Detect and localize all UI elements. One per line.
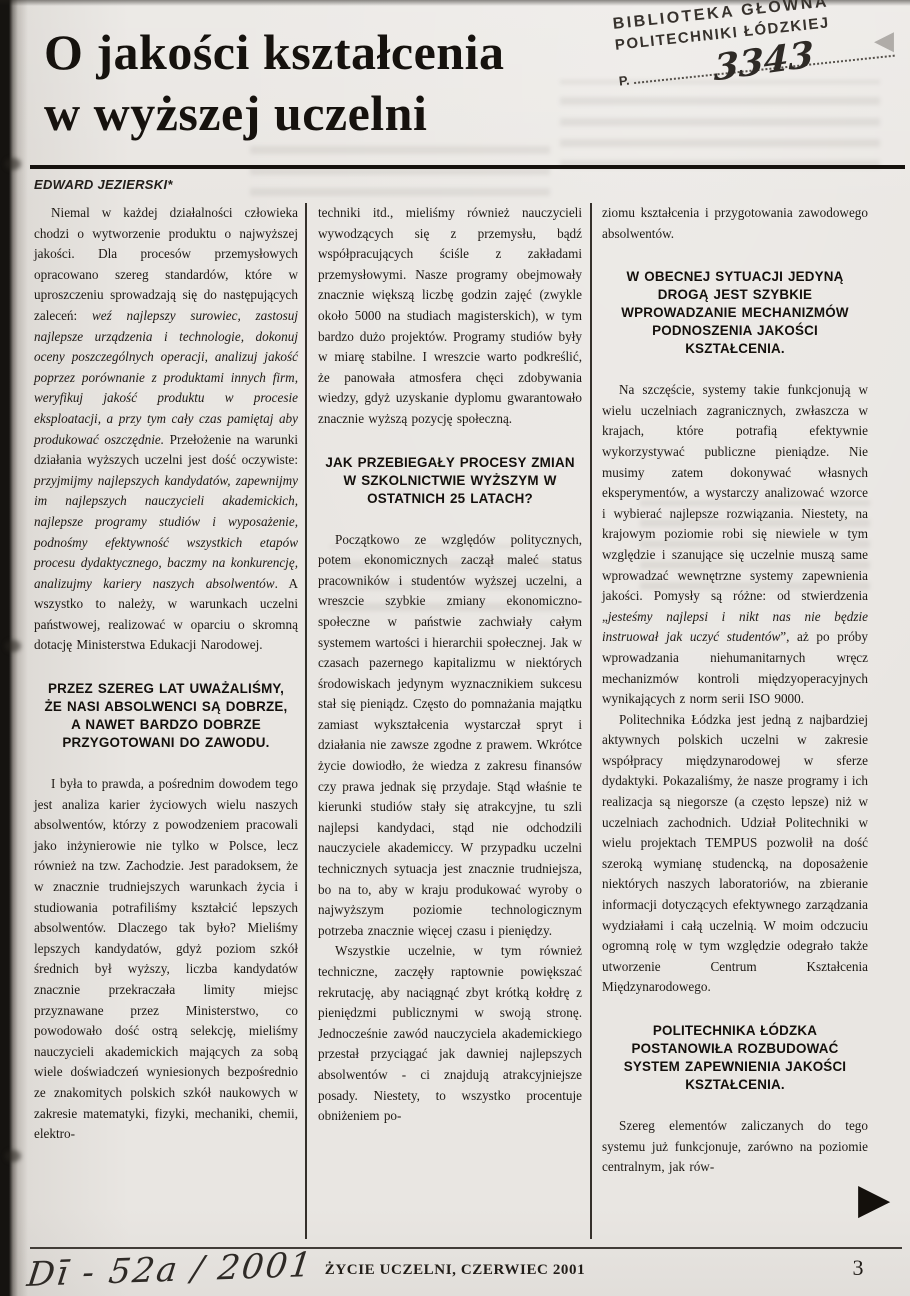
footer-divider-rule <box>30 1247 902 1249</box>
binding-crease-mark <box>5 640 21 652</box>
paragraph: Wszystkie uczelnie, w tym również techni… <box>318 941 582 1126</box>
continuation-arrow-icon: ▶ <box>858 1178 890 1220</box>
body-text-italic: weź najlepszy surowiec, zastosuj najleps… <box>34 308 298 447</box>
column-3: ziomu kształcenia i przygotowania zawodo… <box>602 203 868 1178</box>
section-heading: POLITECHNIKA ŁÓDZKA POSTANOWIŁA ROZBUDOW… <box>606 1022 864 1094</box>
binding-crease-mark <box>5 1150 21 1162</box>
paragraph: Niemal w każdej działalności człowieka c… <box>34 203 298 656</box>
body-text: Niemal w każdej działalności człowieka c… <box>34 205 298 323</box>
article-title-line2: w wyższej uczelni <box>44 83 504 144</box>
paragraph: Początkowo ze względów politycznych, pot… <box>318 530 582 942</box>
title-divider-rule <box>30 165 905 169</box>
column-divider-1 <box>305 203 307 1239</box>
body-text: Na szczęście, systemy takie funkcjonują … <box>602 382 868 624</box>
article-title-line1: O jakości kształcenia <box>44 22 504 83</box>
body-text-italic: przyjmijmy najlepszych kandydatów, zapew… <box>34 473 298 591</box>
paragraph: Szereg elementów zaliczanych do tego sys… <box>602 1116 868 1178</box>
paragraph: I była to prawda, a pośrednim dowodem te… <box>34 774 298 1145</box>
stamp-prefix: P. <box>618 73 630 89</box>
column-divider-2 <box>590 203 592 1239</box>
paragraph: Politechnika Łódzka jest jedną z najbard… <box>602 710 868 998</box>
section-heading: JAK PRZEBIEGAŁY PROCESY ZMIAN W SZKOLNIC… <box>322 454 578 508</box>
scanned-magazine-page: BIBLIOTEKA GŁÓWNA POLITECHNIKI ŁÓDZKIEJ … <box>0 0 910 1296</box>
column-1: Niemal w każdej działalności człowieka c… <box>34 203 298 1145</box>
bleed-arrow-icon: ◀ <box>874 26 894 56</box>
library-stamp: BIBLIOTEKA GŁÓWNA POLITECHNIKI ŁÓDZKIEJ … <box>612 0 910 111</box>
binding-crease-mark <box>5 158 21 170</box>
column-2: techniki itd., mieliśmy również nauczyci… <box>318 203 582 1127</box>
section-heading: PRZEZ SZEREG LAT UWAŻALIŚMY, ŻE NASI ABS… <box>38 680 294 752</box>
stamp-number-row: P. 3343 <box>618 38 910 111</box>
paragraph: techniki itd., mieliśmy również nauczyci… <box>318 203 582 430</box>
paragraph: Na szczęście, systemy takie funkcjonują … <box>602 380 868 710</box>
page-number: 3 <box>838 1255 878 1281</box>
paragraph: ziomu kształcenia i przygotowania zawodo… <box>602 203 868 244</box>
section-heading: W OBECNEJ SYTUACJI JEDYNĄ DROGĄ JEST SZY… <box>606 268 864 358</box>
article-title: O jakości kształcenia w wyższej uczelni <box>44 22 504 144</box>
author-byline: EDWARD JEZIERSKI* <box>34 177 173 192</box>
journal-footer: ŻYCIE UCZELNI, CZERWIEC 2001 <box>0 1262 910 1279</box>
